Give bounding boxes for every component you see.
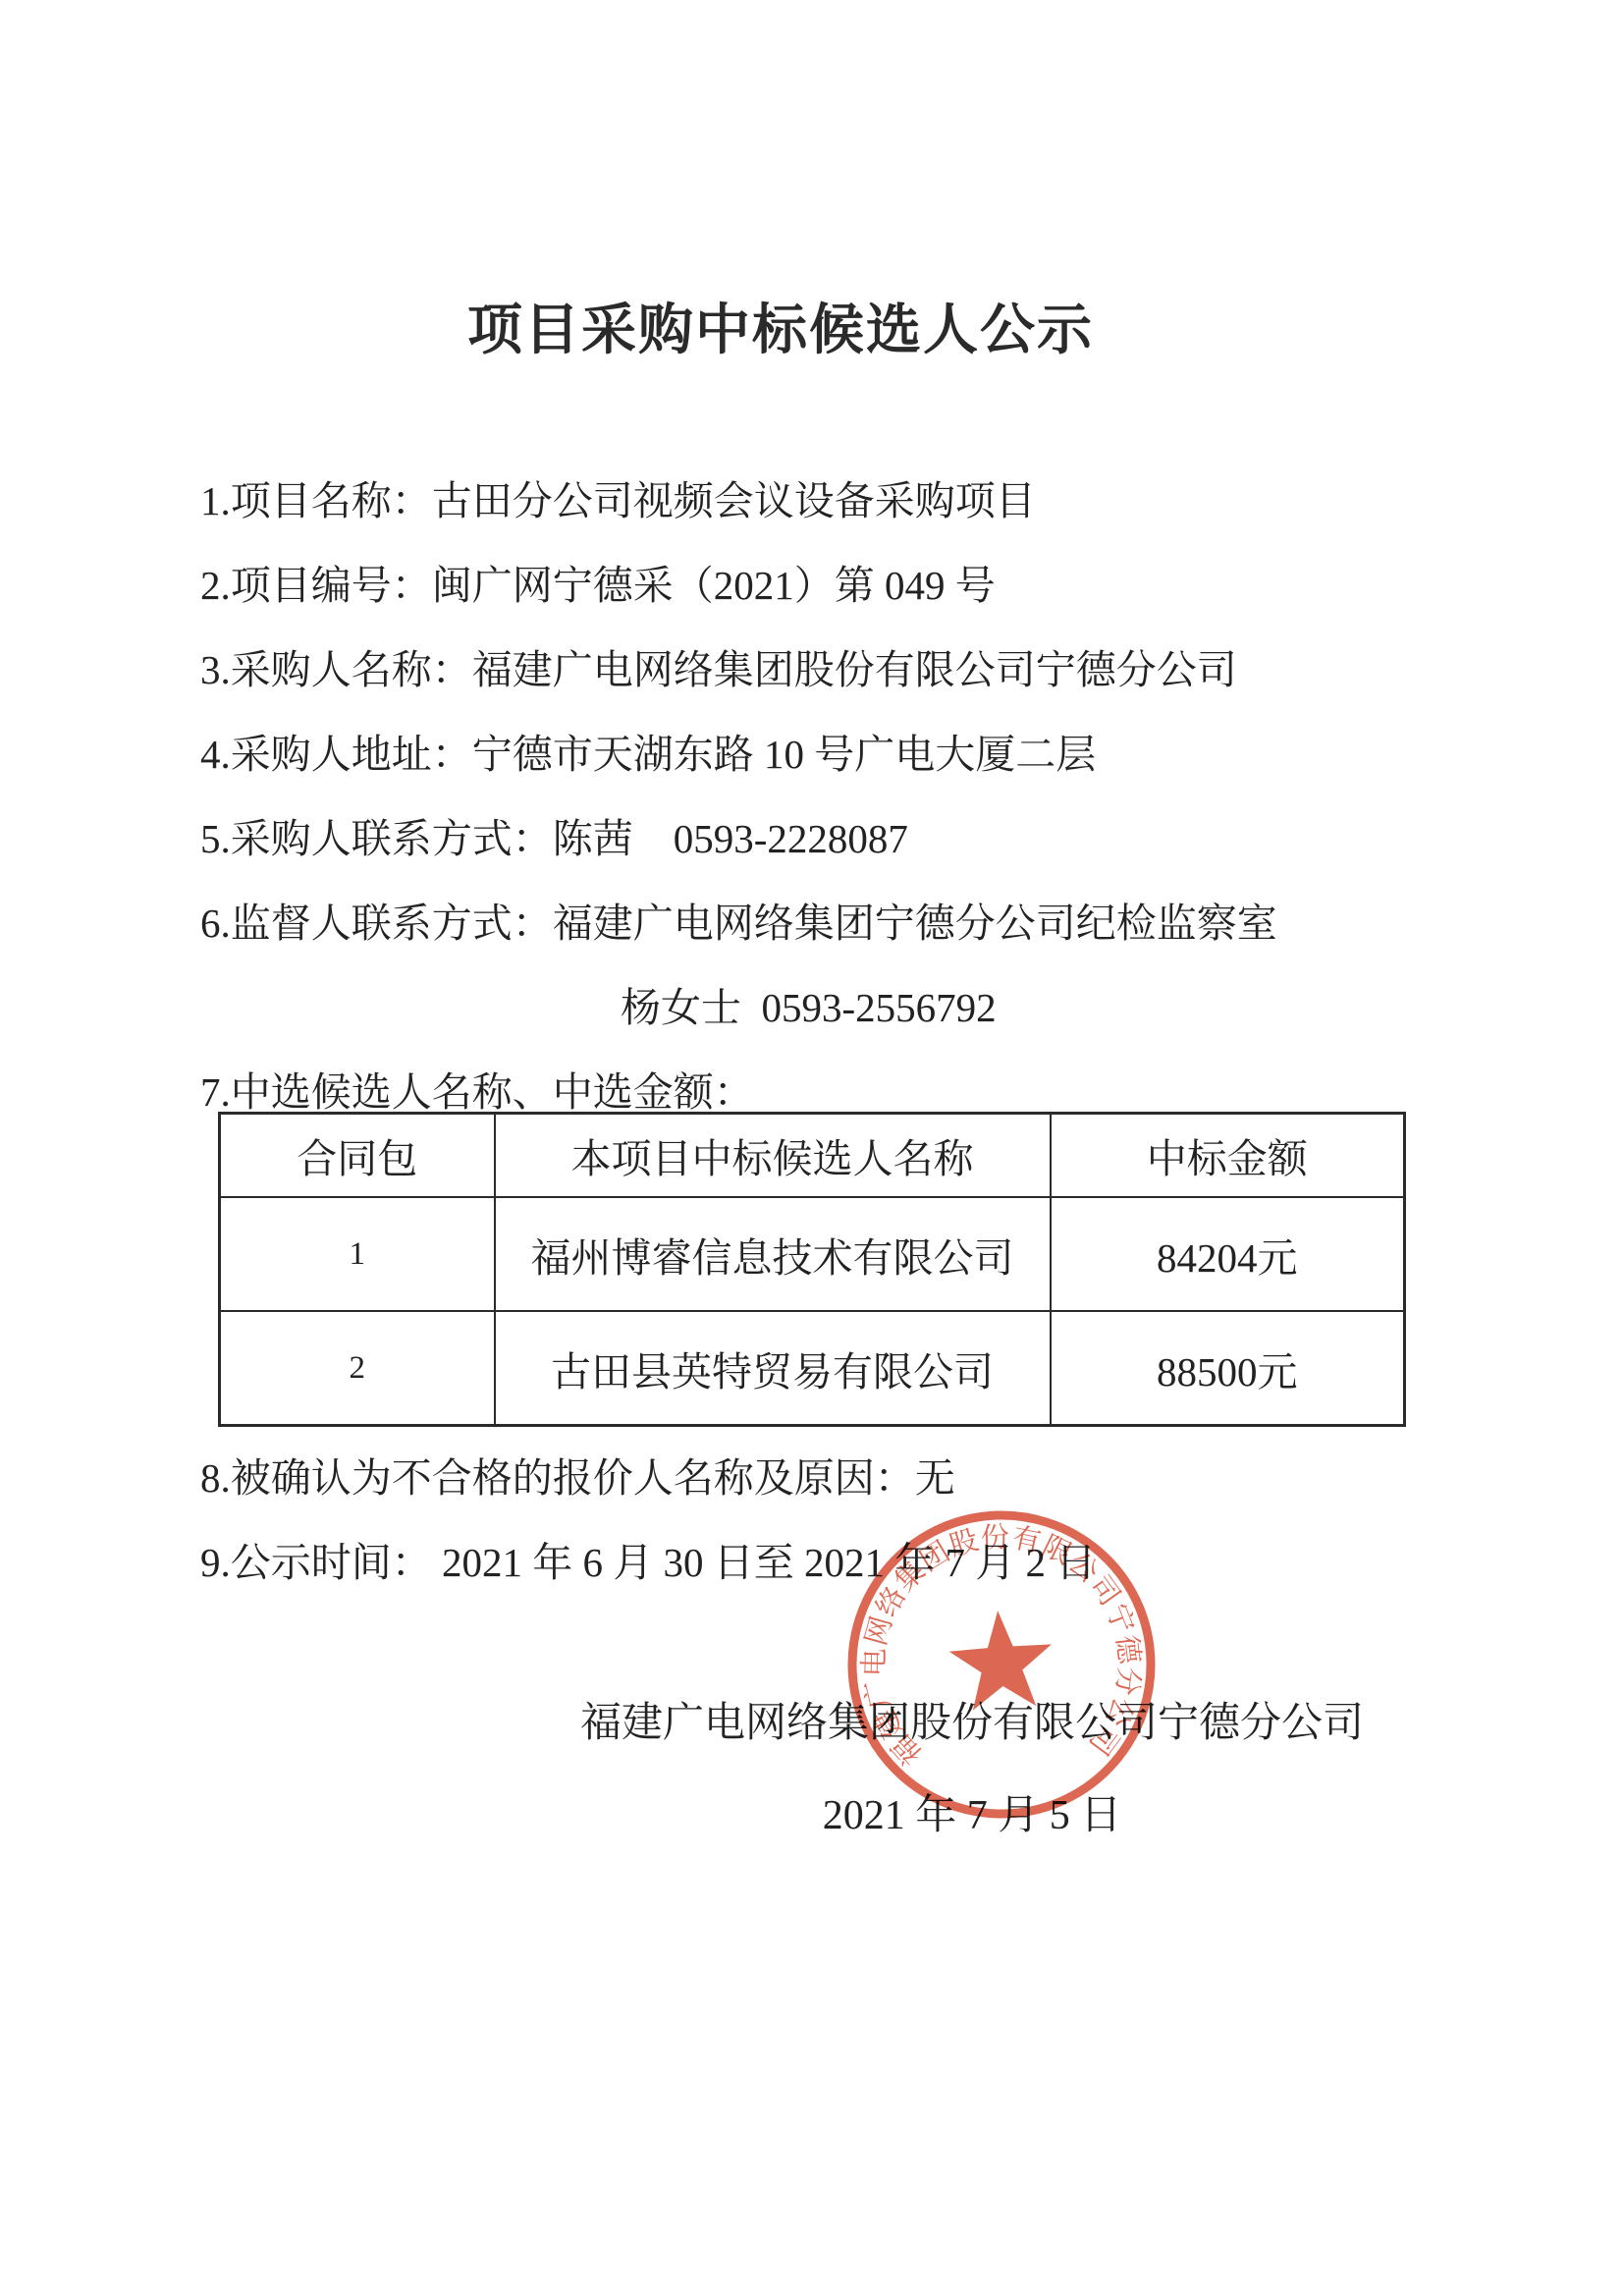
item-purchaser-name: 3.采购人名称：福建广电网络集团股份有限公司宁德分公司 bbox=[200, 628, 1536, 712]
cell-candidate: 福州博睿信息技术有限公司 bbox=[495, 1197, 1051, 1311]
item-purchaser-address: 4.采购人地址：宁德市天湖东路 10 号广电大厦二层 bbox=[200, 712, 1536, 796]
cell-amount: 84204元 bbox=[1051, 1197, 1405, 1311]
item-supervisor-contact-line2: 杨女士 0593-2556792 bbox=[200, 965, 1536, 1050]
col-header-amount: 中标金额 bbox=[1051, 1114, 1405, 1198]
page-title: 项目采购中标候选人公示 bbox=[0, 287, 1561, 365]
item-disqualified-bidders: 8.被确认为不合格的报价人名称及原因：无 bbox=[200, 1436, 1536, 1520]
cell-package: 1 bbox=[220, 1197, 495, 1311]
col-header-package: 合同包 bbox=[220, 1114, 495, 1198]
cell-amount: 88500元 bbox=[1051, 1311, 1405, 1426]
item-project-name: 1.项目名称：古田分公司视频会议设备采购项目 bbox=[200, 459, 1536, 543]
cell-package: 2 bbox=[220, 1311, 495, 1426]
item-project-number: 2.项目编号：闽广网宁德采（2021）第 049 号 bbox=[200, 543, 1536, 628]
table-row: 1 福州博睿信息技术有限公司 84204元 bbox=[220, 1197, 1405, 1311]
star-icon bbox=[947, 1607, 1055, 1712]
item-purchaser-contact: 5.采购人联系方式：陈茜 0593-2228087 bbox=[200, 796, 1536, 881]
official-seal: 福建广电网络集团股份有限公司宁德分公司 bbox=[827, 1490, 1176, 1839]
numbered-items: 1.项目名称：古田分公司视频会议设备采购项目 2.项目编号：闽广网宁德采（202… bbox=[200, 459, 1536, 1134]
candidates-table: 合同包 本项目中标候选人名称 中标金额 1 福州博睿信息技术有限公司 84204… bbox=[218, 1112, 1406, 1427]
cell-candidate: 古田县英特贸易有限公司 bbox=[495, 1311, 1051, 1426]
table-header-row: 合同包 本项目中标候选人名称 中标金额 bbox=[220, 1114, 1405, 1198]
col-header-candidate: 本项目中标候选人名称 bbox=[495, 1114, 1051, 1198]
item-supervisor-contact: 6.监督人联系方式：福建广电网络集团宁德分公司纪检监察室 bbox=[200, 881, 1536, 965]
document-page: 项目采购中标候选人公示 1.项目名称：古田分公司视频会议设备采购项目 2.项目编… bbox=[0, 0, 1623, 2296]
table-row: 2 古田县英特贸易有限公司 88500元 bbox=[220, 1311, 1405, 1426]
